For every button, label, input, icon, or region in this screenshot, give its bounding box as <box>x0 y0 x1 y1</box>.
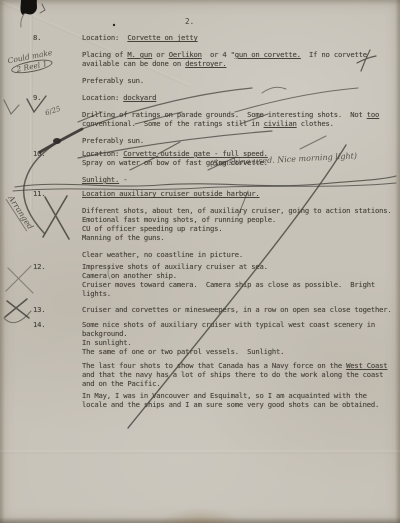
text-line: Clear weather, no coastline in picture. <box>82 250 395 259</box>
item-number: 10. <box>33 149 45 158</box>
paragraph: Sunlight. - <box>82 175 395 184</box>
paper-crease-horizontal <box>0 450 400 454</box>
paragraph: In May, I was in Vancouver and Esquimalt… <box>82 391 395 409</box>
text-line: Location: Corvette on jetty <box>82 33 395 42</box>
item-number: 14. <box>33 320 45 329</box>
paragraph: Location auxiliary cruiser outside harbo… <box>82 189 395 198</box>
doc-item: 11.Location auxiliary cruiser outside ha… <box>33 189 395 267</box>
ink-speck <box>113 24 115 26</box>
text-line: Emotional fast moving shots, of running … <box>82 215 395 224</box>
text-line: Placing of M. gun or Oerlikon or 4 "gun … <box>82 50 395 59</box>
item-number: 9. <box>33 93 41 102</box>
scanned-document-page: 2. 8.Location: Corvette on jettyPlacing … <box>0 0 400 523</box>
x-mark-item13 <box>5 299 29 318</box>
text-line: Different shots, about ten, of auxiliary… <box>82 206 395 215</box>
item-number: 11. <box>33 189 45 198</box>
text-line: Preferably sun. <box>82 136 395 145</box>
check-mark-left-edge <box>4 100 19 114</box>
text-line: locale and the ships and I am sure some … <box>82 400 395 409</box>
item-number: 12. <box>33 262 45 271</box>
paragraph: The last four shots to show that Canada … <box>82 361 395 388</box>
doc-item: 9.Location: dockyardDrilling of ratings … <box>33 93 395 153</box>
paragraph: Some nice shots of auxiliary cruiser wit… <box>82 320 395 356</box>
paragraph: Preferably sun. <box>82 76 395 85</box>
text-line: CU of officer speeding up ratings. <box>82 224 395 233</box>
text-line: conventional. Some of the ratings still … <box>82 119 395 128</box>
paragraph: Location: dockyard <box>82 93 395 102</box>
doc-item: 8.Location: Corvette on jettyPlacing of … <box>33 33 395 93</box>
text-line: background. <box>82 329 395 338</box>
text-line: Manning of the guns. <box>82 233 395 242</box>
text-line: Cruiser moves toward camera. Camera ship… <box>82 280 395 289</box>
text-line: available can be done on destroyer. <box>82 59 395 68</box>
ink-blot-tail <box>21 14 24 27</box>
text-line: Location: dockyard <box>82 93 395 102</box>
item-number: 8. <box>33 33 41 42</box>
x-mark-item12 <box>6 266 33 293</box>
pencil-tick-top <box>40 4 45 13</box>
text-line: and that the navy has a lot of ships the… <box>82 370 395 379</box>
text-line: Impressive shots of auxiliary cruiser at… <box>82 262 395 271</box>
item-number: 13. <box>33 305 45 314</box>
text-line: Drilling of ratings on parade grounds. S… <box>82 110 395 119</box>
page-number: 2. <box>185 17 194 26</box>
paragraph: Different shots, about ten, of auxiliary… <box>82 206 395 242</box>
paragraph: Preferably sun. <box>82 136 395 145</box>
x-mark-item13-tail <box>4 311 31 323</box>
text-line: Cruiser and corvettes or minesweepers, i… <box>82 305 395 314</box>
text-line: In sunlight. <box>82 338 395 347</box>
text-line: Location auxiliary cruiser outside harbo… <box>82 189 395 198</box>
paragraph: Impressive shots of auxiliary cruiser at… <box>82 262 395 298</box>
text-line: Camera on another ship. <box>82 271 395 280</box>
text-line: Some nice shots of auxiliary cruiser wit… <box>82 320 395 329</box>
text-line: and on the Pacific. <box>82 379 395 388</box>
text-line: The last four shots to show that Canada … <box>82 361 395 370</box>
text-line: Sunlight. - <box>82 175 395 184</box>
paragraph: Location: Corvette on jetty <box>82 33 395 42</box>
paragraph: Drilling of ratings on parade grounds. S… <box>82 110 395 128</box>
text-line: In May, I was in Vancouver and Esquimalt… <box>82 391 395 400</box>
doc-item: In May, I was in Vancouver and Esquimalt… <box>33 391 395 417</box>
doc-item: 12.Impressive shots of auxiliary cruiser… <box>33 262 395 306</box>
paragraph: Clear weather, no coastline in picture. <box>82 250 395 259</box>
text-line: lights. <box>82 289 395 298</box>
paragraph: Placing of M. gun or Oerlikon or 4 "gun … <box>82 50 395 68</box>
text-line: Preferably sun. <box>82 76 395 85</box>
text-line: The same of one or two patrol vessels. S… <box>82 347 395 356</box>
doc-item: 14.Some nice shots of auxiliary cruiser … <box>33 320 395 364</box>
paragraph: Cruiser and corvettes or minesweepers, i… <box>82 305 395 314</box>
